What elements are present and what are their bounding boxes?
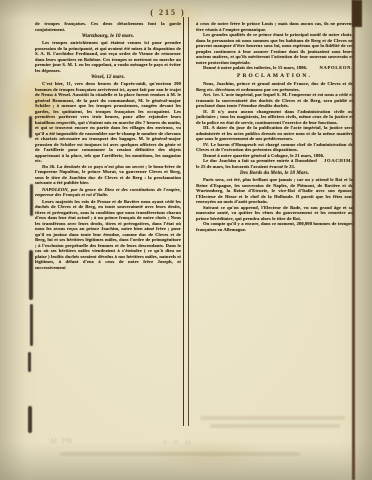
section-heading: Des Bords du Mein, le 18 Mars. xyxy=(196,171,353,177)
text-run: Des Bords du Mein, le 18 Mars. xyxy=(240,170,309,176)
text-columns: de troupes françaises. Ces deux détachem… xyxy=(35,21,353,451)
text-run: NAPOLEON, par la grace de Dieu et des co… xyxy=(35,187,181,198)
ink-smudge xyxy=(28,352,31,372)
text-block: Nous, Joachim, prince et grand amiral de… xyxy=(196,81,353,92)
text-run: Wurtzbourg, le 10 mars. xyxy=(82,33,134,39)
text-run: III. A dater du jour de la publication d… xyxy=(196,125,353,141)
text-block: Les troupes autrichiennes qui étaient ve… xyxy=(35,40,181,73)
section-heading: Wurtzbourg, le 10 mars. xyxy=(35,34,181,40)
signature: JOACHIM. xyxy=(317,158,353,164)
bleedthrough-text-line xyxy=(210,424,340,428)
text-block: Leurs majestés les rois de Prusse et de … xyxy=(35,199,181,271)
text-block: Art. 1er. L'acte impérial, par lequel S.… xyxy=(196,92,353,109)
text-run: Leurs majestés les rois de Prusse et de … xyxy=(35,199,181,270)
text-run: C'est hier, 11, vers deux heures de l'ap… xyxy=(35,81,181,163)
text-run: II. Il n'y aura aucun changement dans l'… xyxy=(196,109,353,125)
text-block: III. A dater du jour de la publication d… xyxy=(196,125,353,142)
bleedthrough-text-line xyxy=(60,452,300,456)
text-block: Les grandes qualités de ce prince étant … xyxy=(196,32,353,65)
ink-smudge xyxy=(28,406,32,433)
text-block: IV. Le baron d'Hompesch est chargé comme… xyxy=(196,142,353,153)
section-heading: PROCLAMATION. xyxy=(196,74,353,80)
page-edge-line xyxy=(352,0,355,480)
text-block: NAPOLEON, par la grace de Dieu et des co… xyxy=(35,187,181,198)
text-run: Donné à notre quartier général à Cologne… xyxy=(203,153,324,158)
right-column: à ceux de notre frère le prince Louis ; … xyxy=(196,21,353,451)
ink-smudge xyxy=(30,304,33,346)
scanned-newspaper-page: ( 215 ) de troupes françaises. Ces deux … xyxy=(0,0,372,480)
column-divider-rule xyxy=(183,17,189,426)
bleedthrough-text-line xyxy=(200,416,345,420)
left-column: de troupes françaises. Ces deux détachem… xyxy=(35,21,181,451)
text-block: Du 26. La destinée de ce pays n'est plus… xyxy=(35,164,181,186)
text-run: Les grandes qualités de ce prince étant … xyxy=(196,32,353,65)
text-run: Le duc Joachim a fait sa première entrée… xyxy=(196,158,317,169)
text-block: On compte qu'il y a encore, dans ce mome… xyxy=(196,221,353,232)
text-run: Du 26. La destinée de ce pays n'est plus… xyxy=(35,164,181,186)
signature: NAPOLEON. xyxy=(313,65,353,71)
text-run: PROCLAMATION. xyxy=(237,73,312,79)
text-run: Les troupes autrichiennes qui étaient ve… xyxy=(35,40,181,73)
text-run: Wesel, 12 mars. xyxy=(91,74,125,80)
page-edge-shade xyxy=(355,0,372,480)
page-number: ( 215 ) xyxy=(128,8,208,17)
text-block: Paris sera, cet été, plus brillant que j… xyxy=(196,177,353,205)
text-run: Art. 1er. L'acte impérial, par lequel S.… xyxy=(196,92,353,108)
text-run: à ceux de notre frère le prince Louis ; … xyxy=(196,21,353,32)
ink-smudge xyxy=(29,116,32,138)
text-block: de troupes françaises. Ces deux détachem… xyxy=(35,21,181,32)
section-heading: Wesel, 12 mars. xyxy=(35,75,181,81)
text-run: Donné à notre palais des tuileries, le 1… xyxy=(203,65,307,70)
bleedthrough-ornament: O o o xyxy=(160,438,191,446)
text-block: II. Il n'y aura aucun changement dans l'… xyxy=(196,109,353,126)
text-run: Paris sera, cet été, plus brillant que j… xyxy=(196,177,353,204)
text-run: Nous, Joachim, prince et grand amiral de… xyxy=(196,81,353,92)
page-edge-corner-mark xyxy=(352,0,362,27)
text-block: Donné à notre palais des tuileries, le 1… xyxy=(196,65,353,71)
text-block: à ceux de notre frère le prince Louis ; … xyxy=(196,21,353,32)
text-run: de troupes françaises. Ces deux détachem… xyxy=(35,21,181,32)
text-run: On compte qu'il y a encore, dans ce mome… xyxy=(196,221,353,232)
text-run: Suivant ce qu'on apprend, l'Electeur de … xyxy=(196,205,353,221)
ink-smudge xyxy=(29,250,33,300)
bleedthrough-volume-label: Vol. IV. xyxy=(48,436,72,444)
text-block: Suivant ce qu'on apprend, l'Electeur de … xyxy=(196,205,353,222)
text-run: IV. Le baron d'Hompesch est chargé comme… xyxy=(196,142,353,153)
text-block: C'est hier, 11, vers deux heures de l'ap… xyxy=(35,81,181,164)
ink-smudge xyxy=(30,184,33,216)
